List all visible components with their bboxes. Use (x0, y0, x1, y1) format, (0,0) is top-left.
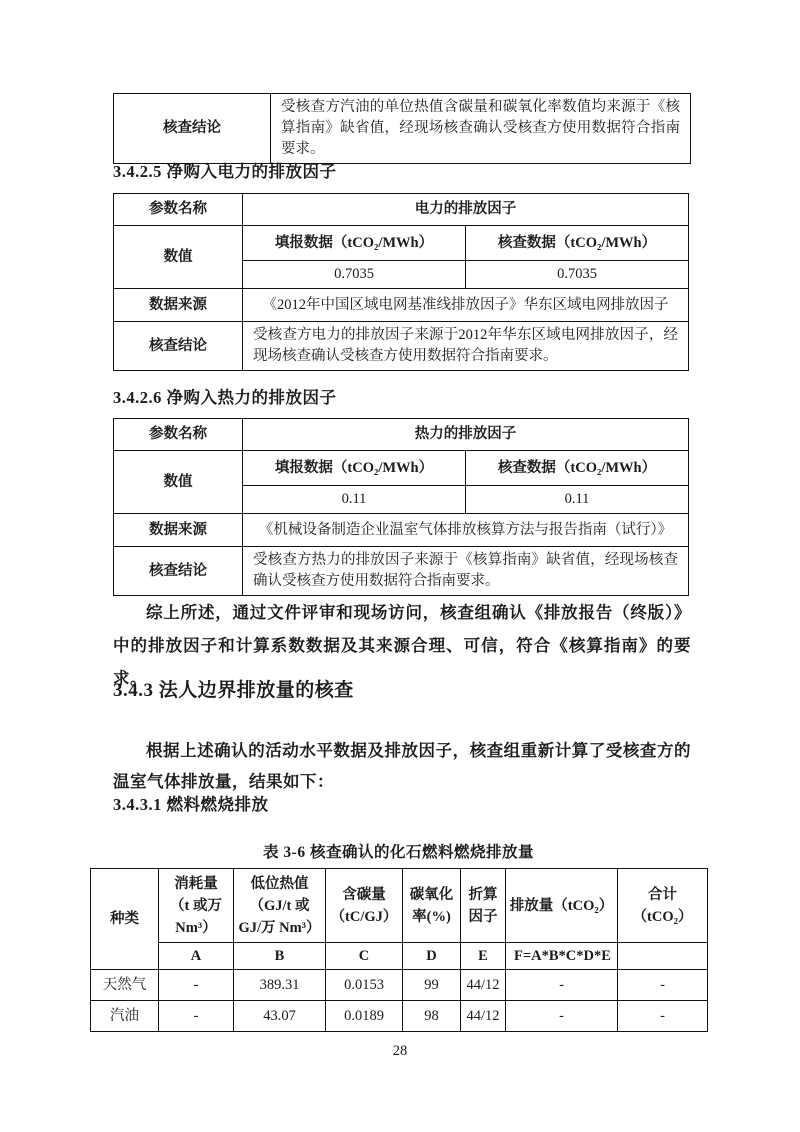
data-source-label: 数据来源 (114, 289, 243, 322)
table-row: 参数名称 热力的排放因子 (114, 419, 689, 451)
table-row: 数值 填报数据（tCO₂/MWh） 核查数据（tCO₂/MWh） (114, 226, 689, 261)
section-heading-3-4-2-6: 3.4.2.6 净购入热力的排放因子 (113, 384, 337, 408)
emission-value: - (506, 970, 618, 1001)
table-row-natural-gas: 天然气 - 389.31 0.0153 99 44/12 - - (91, 970, 708, 1001)
col-header-oxidation-rate: 碳氧化 率(%) (403, 869, 461, 943)
ncv-value: 43.07 (234, 1001, 326, 1032)
table-row: 参数名称 电力的排放因子 (114, 194, 689, 226)
gasoline-conclusion-table: 核查结论 受核查方汽油的单位热值含碳量和碳氧化率数值均来源于《核算指南》缺省值，… (113, 93, 691, 164)
fuel-combustion-table: 种类 消耗量 （t 或万 Nm³） 低位热值 （GJ/t 或 GJ/万 Nm³）… (90, 868, 708, 1032)
formula-f: F=A*B*C*D*E (506, 943, 618, 970)
table-row: 数据来源 《2012年中国区域电网基准线排放因子》华东区域电网排放因子 (114, 289, 689, 322)
col-header-conversion-factor: 折算 因子 (461, 869, 506, 943)
formula-a: A (159, 943, 234, 970)
formula-row: A B C D E F=A*B*C*D*E (91, 943, 708, 970)
verified-data-header: 核查数据（tCO₂/MWh） (466, 226, 689, 261)
col-header-carbon-content: 含碳量 （tC/GJ） (326, 869, 403, 943)
verified-value: 0.7035 (466, 261, 689, 289)
conclusion-label: 核查结论 (114, 547, 243, 596)
data-source-label: 数据来源 (114, 514, 243, 547)
document-page: 核查结论 受核查方汽油的单位热值含碳量和碳氧化率数值均来源于《核算指南》缺省值，… (0, 0, 800, 1132)
col-header-ncv: 低位热值 （GJ/t 或 GJ/万 Nm³） (234, 869, 326, 943)
conclusion-text: 受核查方热力的排放因子来源于《核算指南》缺省值，经现场核查确认受核查方使用数据符… (243, 547, 689, 596)
carbon-content-value: 0.0153 (326, 970, 403, 1001)
col-header-total: 合计 （tCO₂） (618, 869, 708, 943)
conclusion-text: 受核查方汽油的单位热值含碳量和碳氧化率数值均来源于《核算指南》缺省值，经现场核查… (271, 94, 691, 164)
heat-factor-table: 参数名称 热力的排放因子 数值 填报数据（tCO₂/MWh） 核查数据（tCO₂… (113, 418, 689, 596)
conclusion-label: 核查结论 (114, 322, 243, 371)
reported-value: 0.11 (243, 486, 466, 514)
table-row: 数值 填报数据（tCO₂/MWh） 核查数据（tCO₂/MWh） (114, 451, 689, 486)
value-label: 数值 (114, 226, 243, 289)
conversion-factor-value: 44/12 (461, 1001, 506, 1032)
table-header-row: 种类 消耗量 （t 或万 Nm³） 低位热值 （GJ/t 或 GJ/万 Nm³）… (91, 869, 708, 943)
section-heading-3-4-3-1: 3.4.3.1 燃料燃烧排放 (113, 791, 269, 815)
fuel-type: 汽油 (91, 1001, 159, 1032)
col-header-consumption: 消耗量 （t 或万 Nm³） (159, 869, 234, 943)
emission-value: - (506, 1001, 618, 1032)
carbon-content-value: 0.0189 (326, 1001, 403, 1032)
param-name-label: 参数名称 (114, 194, 243, 226)
table-row-gasoline: 汽油 - 43.07 0.0189 98 44/12 - - (91, 1001, 708, 1032)
consumption-value: - (159, 970, 234, 1001)
table-3-6-caption: 表 3-6 核查确认的化石燃料燃烧排放量 (90, 840, 707, 862)
oxidation-rate-value: 98 (403, 1001, 461, 1032)
conversion-factor-value: 44/12 (461, 970, 506, 1001)
formula-empty-cell (618, 943, 708, 970)
param-name-value: 电力的排放因子 (243, 194, 689, 226)
total-value: - (618, 970, 708, 1001)
formula-d: D (403, 943, 461, 970)
consumption-value: - (159, 1001, 234, 1032)
formula-b: B (234, 943, 326, 970)
section-heading-3-4-3: 3.4.3 法人边界排放量的核查 (113, 675, 354, 702)
col-header-emission: 排放量（tCO₂） (506, 869, 618, 943)
formula-c: C (326, 943, 403, 970)
table-row: 数据来源 《机械设备制造企业温室气体排放核算方法与报告指南（试行）》 (114, 514, 689, 547)
conclusion-text: 受核查方电力的排放因子来源于2012年华东区域电网排放因子，经现场核查确认受核查… (243, 322, 689, 371)
reported-data-header: 填报数据（tCO₂/MWh） (243, 226, 466, 261)
total-value: - (618, 1001, 708, 1032)
section-heading-3-4-2-5: 3.4.2.5 净购入电力的排放因子 (113, 158, 337, 182)
electricity-factor-table: 参数名称 电力的排放因子 数值 填报数据（tCO₂/MWh） 核查数据（tCO₂… (113, 193, 689, 371)
fuel-type: 天然气 (91, 970, 159, 1001)
data-source-text: 《2012年中国区域电网基准线排放因子》华东区域电网排放因子 (243, 289, 689, 322)
value-label: 数值 (114, 451, 243, 514)
verified-data-header: 核查数据（tCO₂/MWh） (466, 451, 689, 486)
recalc-paragraph: 根据上述确认的活动水平数据及排放因子，核查组重新计算了受核查方的温室气体排放量，… (113, 735, 691, 797)
param-name-label: 参数名称 (114, 419, 243, 451)
oxidation-rate-value: 99 (403, 970, 461, 1001)
page-number: 28 (0, 1043, 800, 1060)
col-header-type: 种类 (91, 869, 159, 970)
reported-value: 0.7035 (243, 261, 466, 289)
table-row: 核查结论 受核查方热力的排放因子来源于《核算指南》缺省值，经现场核查确认受核查方… (114, 547, 689, 596)
param-name-value: 热力的排放因子 (243, 419, 689, 451)
verified-value: 0.11 (466, 486, 689, 514)
data-source-text: 《机械设备制造企业温室气体排放核算方法与报告指南（试行）》 (243, 514, 689, 547)
table-row: 核查结论 受核查方汽油的单位热值含碳量和碳氧化率数值均来源于《核算指南》缺省值，… (114, 94, 691, 164)
ncv-value: 389.31 (234, 970, 326, 1001)
table-row: 核查结论 受核查方电力的排放因子来源于2012年华东区域电网排放因子，经现场核查… (114, 322, 689, 371)
formula-e: E (461, 943, 506, 970)
conclusion-label: 核查结论 (114, 94, 271, 164)
reported-data-header: 填报数据（tCO₂/MWh） (243, 451, 466, 486)
